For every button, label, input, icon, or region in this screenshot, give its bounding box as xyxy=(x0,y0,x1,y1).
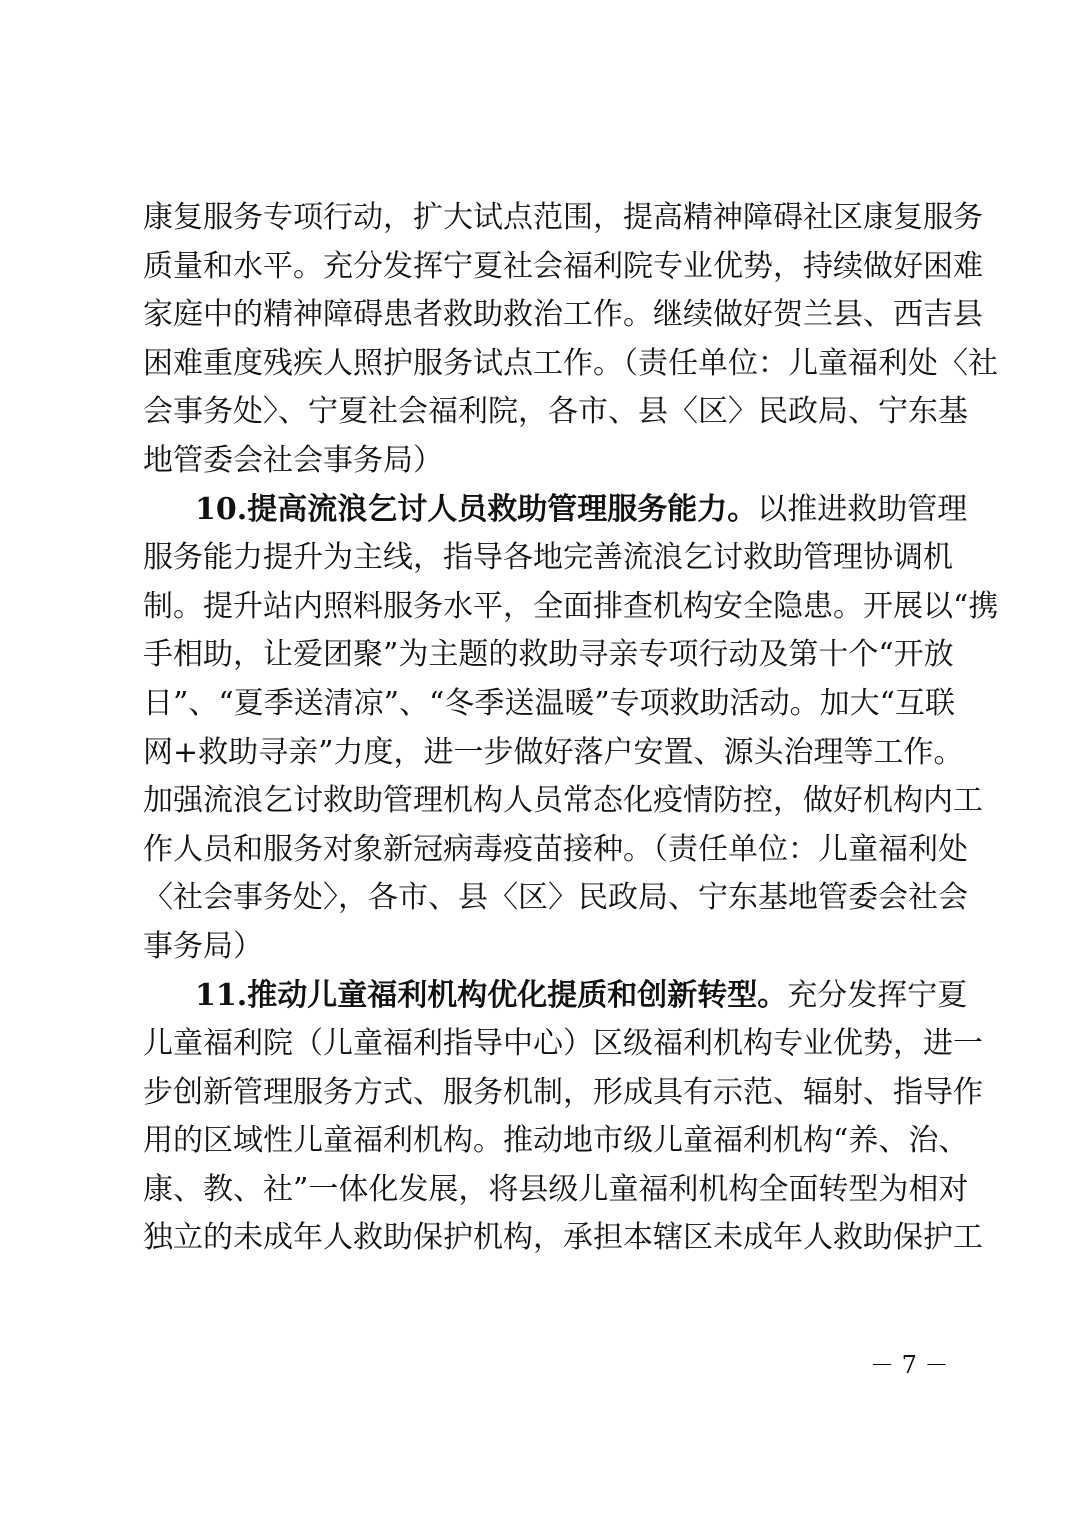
text-line: 独立的未成年人救助保护机构，承担本辖区未成年人救助保护工 xyxy=(143,1214,943,1263)
text-line: 用的区域性儿童福利机构。推动地市级儿童福利机构“养、治、 xyxy=(143,1117,943,1166)
text-line: 网+救助寻亲”力度，进一步做好落户安置、源头治理等工作。 xyxy=(143,729,943,778)
text-line: 儿童福利院（儿童福利指导中心）区级福利机构专业优势，进一 xyxy=(143,1020,943,1069)
text-line: 步创新管理服务方式、服务机制，形成具有示范、辐射、指导作 xyxy=(143,1069,943,1118)
paragraph-9-continued: 康复服务专项行动，扩大试点范围，提高精神障碍社区康复服务 质量和水平。充分发挥宁… xyxy=(143,194,943,486)
page-number: － 7 － xyxy=(870,1345,949,1380)
section-heading-10: 10.提高流浪乞讨人员救助管理服务能力。 xyxy=(195,492,757,527)
text-line: 地管委会社会事务局） xyxy=(143,437,943,486)
section-heading-11: 11.推动儿童福利机构优化提质和创新转型。 xyxy=(195,978,787,1013)
text-run: 以推进救助管理 xyxy=(757,492,967,527)
document-body: 康复服务专项行动，扩大试点范围，提高精神障碍社区康复服务 质量和水平。充分发挥宁… xyxy=(143,194,943,1263)
text-line: 质量和水平。充分发挥宁夏社会福利院专业优势，持续做好困难 xyxy=(143,243,943,292)
text-line: 加强流浪乞讨救助管理机构人员常态化疫情防控，做好机构内工 xyxy=(143,777,943,826)
document-page: 康复服务专项行动，扩大试点范围，提高精神障碍社区康复服务 质量和水平。充分发挥宁… xyxy=(0,0,1074,1520)
text-line: 11.推动儿童福利机构优化提质和创新转型。充分发挥宁夏 xyxy=(143,972,943,1021)
text-line: 日”、“夏季送清凉”、“冬季送温暖”专项救助活动。加大“互联 xyxy=(143,680,943,729)
paragraph-10: 10.提高流浪乞讨人员救助管理服务能力。以推进救助管理 服务能力提升为主线，指导… xyxy=(143,486,943,972)
paragraph-11: 11.推动儿童福利机构优化提质和创新转型。充分发挥宁夏 儿童福利院（儿童福利指导… xyxy=(143,972,943,1264)
text-line: 家庭中的精神障碍患者救助救治工作。继续做好贺兰县、西吉县 xyxy=(143,291,943,340)
text-line: 康、教、社”一体化发展，将县级儿童福利机构全面转型为相对 xyxy=(143,1166,943,1215)
text-line: 10.提高流浪乞讨人员救助管理服务能力。以推进救助管理 xyxy=(143,486,943,535)
text-line: 服务能力提升为主线，指导各地完善流浪乞讨救助管理协调机 xyxy=(143,534,943,583)
text-line: 困难重度残疾人照护服务试点工作。（责任单位：儿童福利处〈社 xyxy=(143,340,943,389)
text-line: 手相助，让爱团聚”为主题的救助寻亲专项行动及第十个“开放 xyxy=(143,631,943,680)
text-line: 康复服务专项行动，扩大试点范围，提高精神障碍社区康复服务 xyxy=(143,194,943,243)
text-run: 充分发挥宁夏 xyxy=(787,978,967,1013)
text-line: 事务局） xyxy=(143,923,943,972)
text-line: 作人员和服务对象新冠病毒疫苗接种。（责任单位：儿童福利处 xyxy=(143,826,943,875)
text-line: 〈社会事务处〉，各市、县〈区〉民政局、宁东基地管委会社会 xyxy=(143,874,943,923)
text-line: 制。提升站内照料服务水平，全面排查机构安全隐患。开展以“携 xyxy=(143,583,943,632)
text-line: 会事务处〉、宁夏社会福利院，各市、县〈区〉民政局、宁东基 xyxy=(143,388,943,437)
